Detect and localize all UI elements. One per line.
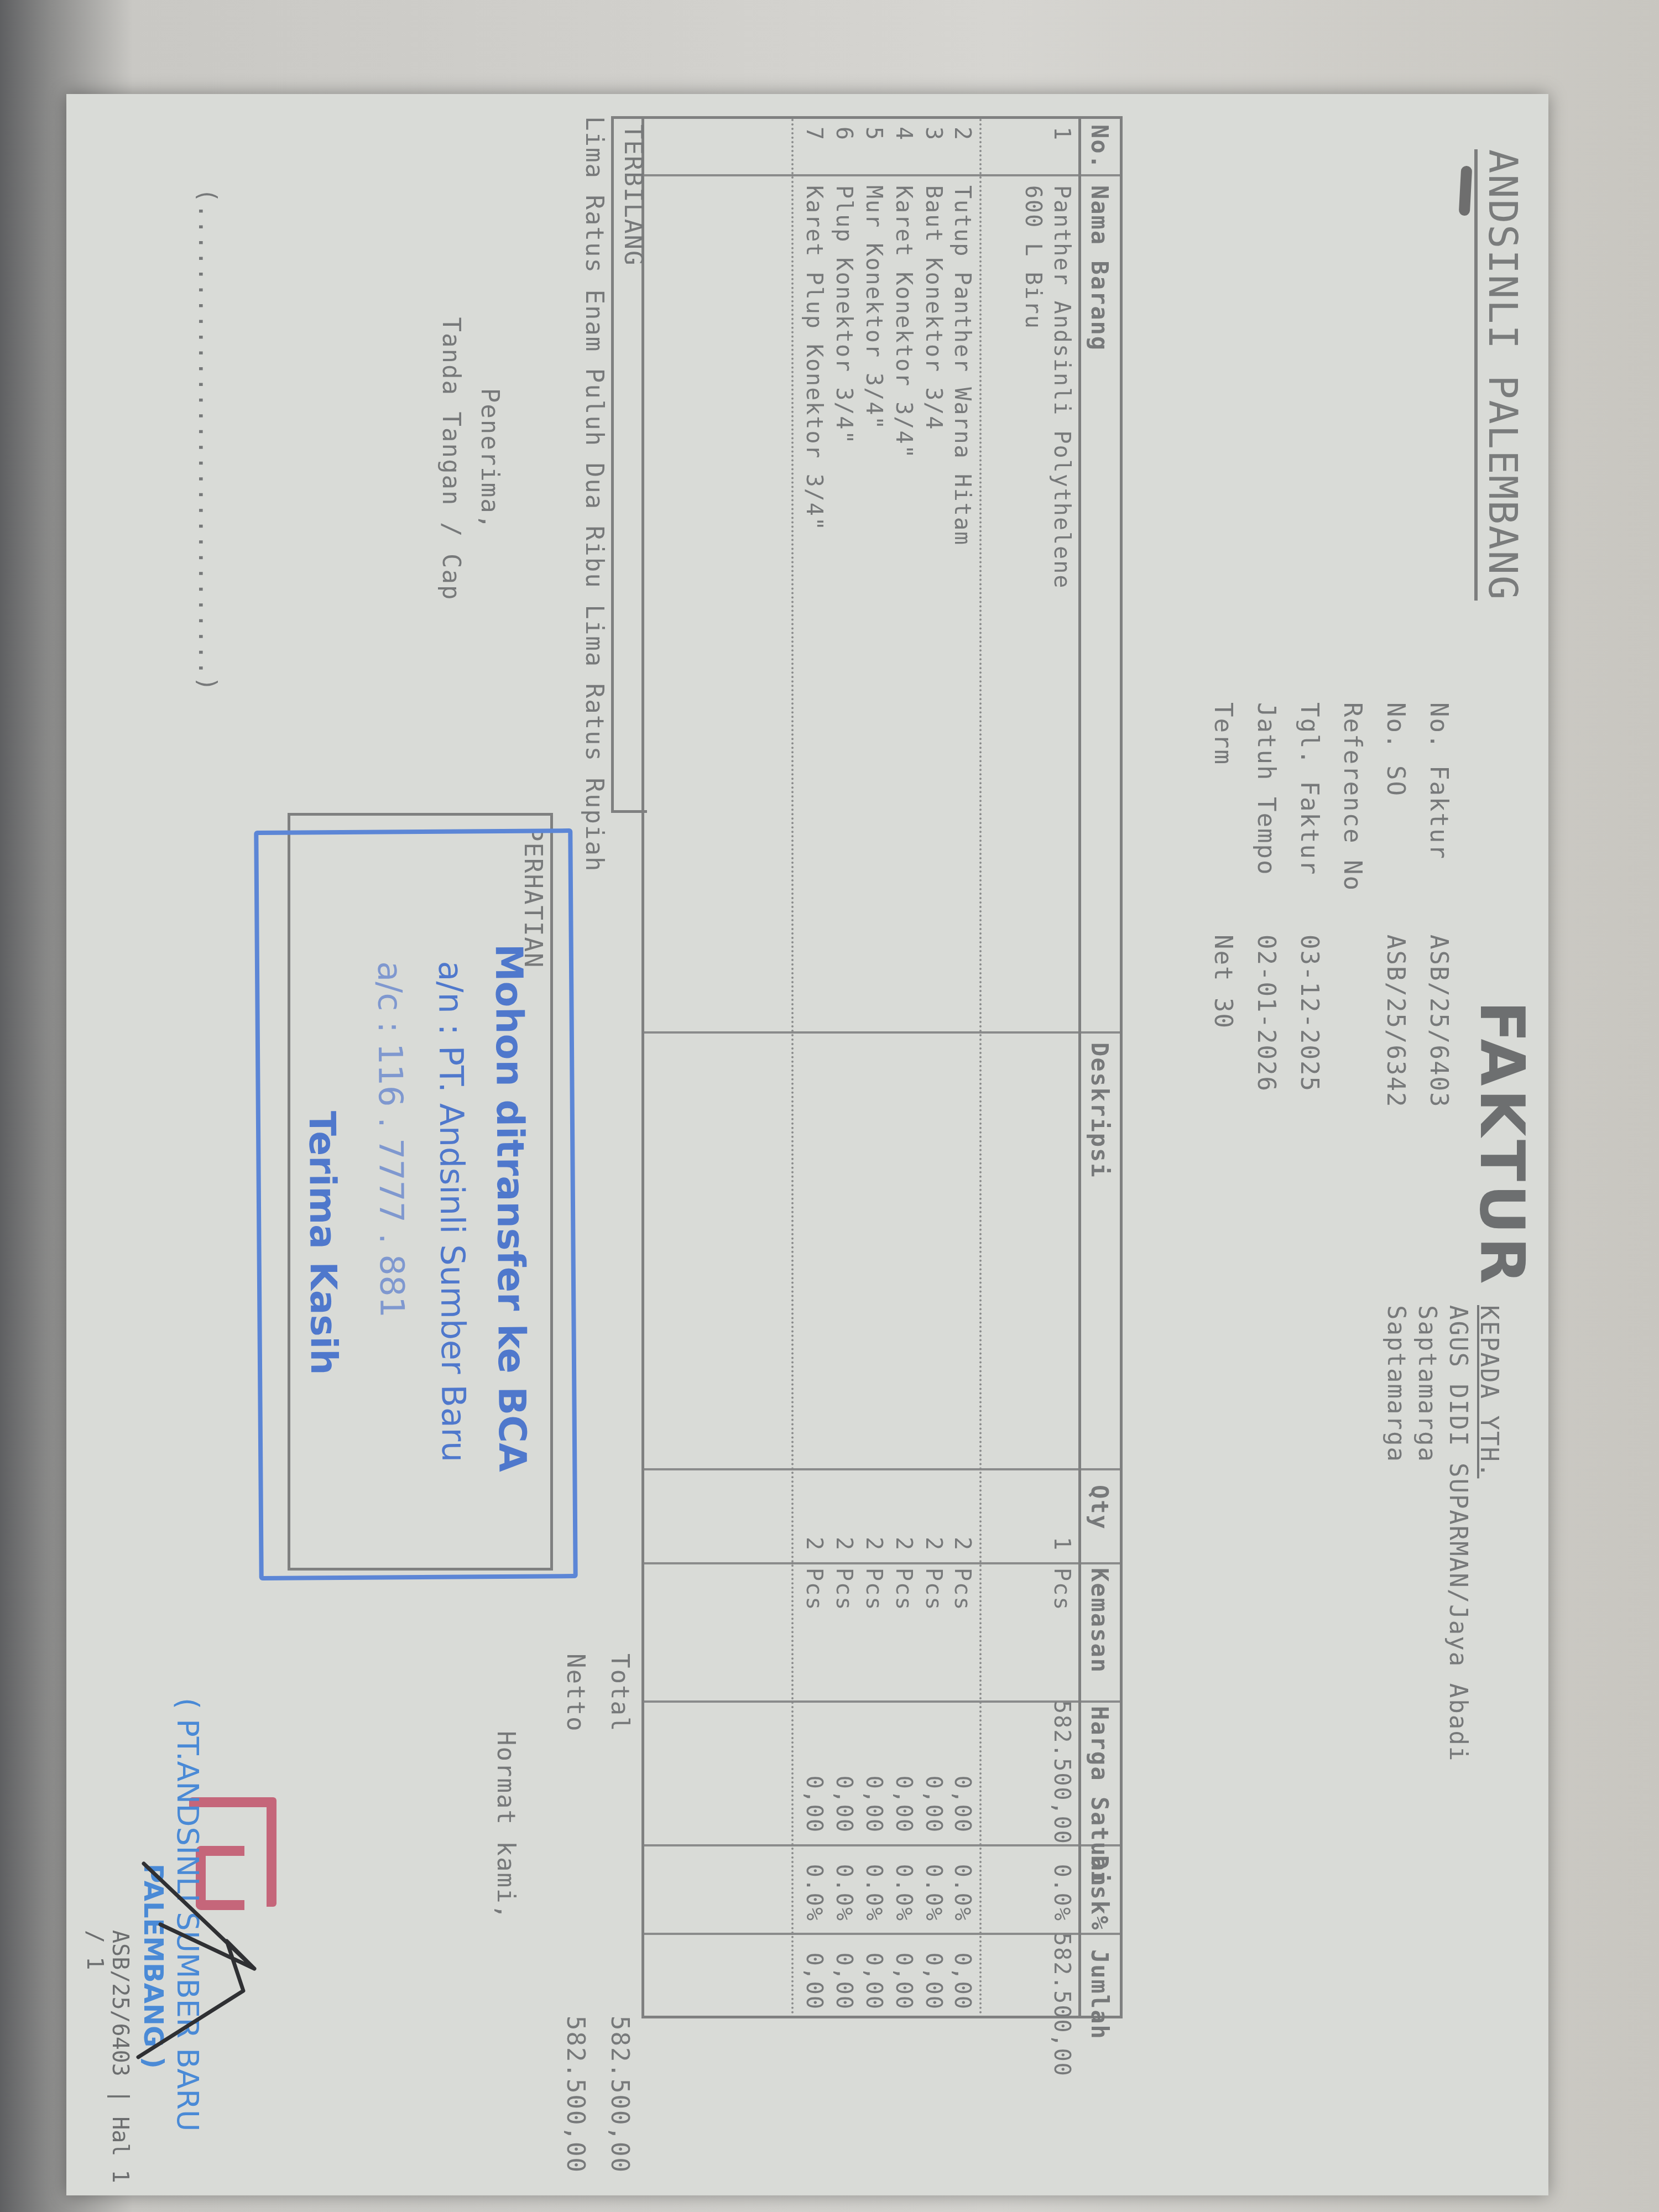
cell-qty: 2 bbox=[950, 1474, 975, 1551]
table-row: 1 Panther Andsinli Polythelene 600 L Bir… bbox=[1025, 119, 1074, 2016]
cell-nama-line2: 600 L Biru bbox=[1020, 185, 1046, 330]
cell-kemasan: Pcs bbox=[861, 1568, 886, 1611]
document-title: FAKTUR bbox=[1467, 1001, 1537, 1287]
cell-no: 1 bbox=[1049, 127, 1074, 141]
cell-kemasan: Pcs bbox=[950, 1568, 975, 1611]
cell-nama: Baut Konektor 3/4 bbox=[921, 185, 946, 430]
stamp-line-transfer: Mohon ditransfer ke BCA bbox=[487, 944, 534, 1472]
row-separator bbox=[791, 119, 794, 2016]
cell-harga: 0,00 bbox=[861, 1700, 886, 1833]
cell-nama: Plup Konektor 3/4" bbox=[831, 185, 857, 445]
cell-nama: Mur Konektor 3/4" bbox=[861, 185, 886, 430]
cell-disk: 0.0% bbox=[831, 1844, 857, 1922]
invoice-paper: ANDSINLI PALEMBANG FAKTUR No. Faktur ASB… bbox=[66, 94, 1548, 2195]
recipient-block: KEPADA YTH. AGUS DIDI SUPARMAN/Jaya Abad… bbox=[1380, 1305, 1504, 1762]
cell-jumlah: 0,00 bbox=[831, 1933, 857, 2010]
recipient-address-1: Saptamarga bbox=[1411, 1305, 1442, 1762]
header-qty: Qty bbox=[1086, 1485, 1113, 1530]
sender-label: Hormat kami, bbox=[492, 1731, 520, 1920]
total-row: Total 582.500,00 bbox=[597, 1653, 641, 2107]
cell-jumlah: 0,00 bbox=[950, 1933, 975, 2010]
meta-value: ASB/25/6342 bbox=[1374, 935, 1417, 1108]
receiver-signature-line: (..............................) bbox=[193, 188, 221, 692]
recipient-name: AGUS DIDI SUPARMAN/Jaya Abadi bbox=[1442, 1305, 1473, 1762]
meta-row-reference: Reference No bbox=[1331, 702, 1374, 1108]
cell-harga: 582.500,00 bbox=[1049, 1700, 1074, 1833]
netto-label: Netto bbox=[553, 1653, 597, 1732]
items-table: No. Nama Barang Deskripsi Qty Kemasan Ha… bbox=[641, 116, 1123, 2018]
cell-qty: 2 bbox=[801, 1474, 827, 1551]
cell-jumlah: 0,00 bbox=[921, 1933, 946, 2010]
receiver-label: Penerima, bbox=[470, 315, 509, 603]
meta-value: ASB/25/6403 bbox=[1417, 935, 1460, 1108]
totals-block: Total 582.500,00 Netto 582.500,00 bbox=[553, 1653, 641, 2107]
meta-label: Jatuh Tempo bbox=[1244, 702, 1287, 935]
recipient-address-2: Saptamarga bbox=[1380, 1305, 1411, 1762]
cell-no: 2 bbox=[950, 127, 975, 141]
header-no: No. bbox=[1086, 124, 1113, 170]
cell-no: 7 bbox=[801, 127, 827, 141]
netto-row: Netto 582.500,00 bbox=[553, 1653, 597, 2107]
pen-mark bbox=[1459, 166, 1473, 216]
table-row: 7 Karet Plup Konektor 3/4" 2 Pcs 0,00 0.… bbox=[777, 119, 827, 2016]
meta-row-no-so: No. SO ASB/25/6342 bbox=[1374, 702, 1417, 1108]
cell-no: 3 bbox=[921, 127, 946, 141]
header-jumlah: Jumlah bbox=[1086, 1949, 1113, 2040]
header-nama-barang: Nama Barang bbox=[1086, 185, 1113, 351]
cell-qty: 2 bbox=[921, 1474, 946, 1551]
meta-label: Tgl. Faktur bbox=[1287, 702, 1331, 935]
cell-disk: 0.0% bbox=[1049, 1844, 1074, 1922]
netto-value: 582.500,00 bbox=[553, 2016, 597, 2173]
cell-kemasan: Pcs bbox=[921, 1568, 946, 1611]
header-disk: Disk% bbox=[1086, 1855, 1113, 1931]
cell-disk: 0.0% bbox=[801, 1844, 827, 1922]
meta-label: Term bbox=[1201, 702, 1244, 935]
cell-no: 5 bbox=[861, 127, 886, 141]
meta-label: Reference No bbox=[1331, 702, 1374, 935]
total-label: Total bbox=[597, 1653, 641, 1732]
cell-jumlah: 0,00 bbox=[801, 1933, 827, 2010]
cell-no: 6 bbox=[831, 127, 857, 141]
meta-row-tgl-faktur: Tgl. Faktur 03-12-2025 bbox=[1287, 702, 1331, 1108]
cell-jumlah: 582.500,00 bbox=[1049, 1933, 1074, 2010]
cell-harga: 0,00 bbox=[921, 1700, 946, 1833]
stamp-line-account-number: a/c : 116 . 7777 . 881 bbox=[370, 961, 411, 1318]
cell-no: 4 bbox=[891, 127, 916, 141]
cell-nama: Karet Plup Konektor 3/4" bbox=[801, 185, 827, 531]
table-header: No. Nama Barang Deskripsi Qty Kemasan Ha… bbox=[1078, 119, 1120, 2016]
invoice-meta: No. Faktur ASB/25/6403 No. SO ASB/25/634… bbox=[1201, 702, 1460, 1108]
cell-qty: 2 bbox=[891, 1474, 916, 1551]
terbilang-text: Lima Ratus Enam Puluh Dua Ribu Lima Ratu… bbox=[580, 116, 608, 873]
cell-nama: Karet Konektor 3/4" bbox=[891, 185, 916, 460]
receiver-block: Penerima, Tanda Tangan / Cap bbox=[431, 315, 509, 603]
cell-kemasan: Pcs bbox=[891, 1568, 916, 1611]
cell-disk: 0.0% bbox=[891, 1844, 916, 1922]
meta-row-jatuh-tempo: Jatuh Tempo 02-01-2026 bbox=[1244, 702, 1287, 1108]
invoice-photo: ANDSINLI PALEMBANG FAKTUR No. Faktur ASB… bbox=[66, 94, 1548, 2195]
cell-disk: 0.0% bbox=[921, 1844, 946, 1922]
terbilang-label: TERBILANG bbox=[619, 124, 647, 266]
meta-row-no-faktur: No. Faktur ASB/25/6403 bbox=[1417, 702, 1460, 1108]
stamp-line-account-name: a/n : PT. Andsinli Sumber Baru bbox=[431, 961, 473, 1462]
header-kemasan: Kemasan bbox=[1086, 1568, 1113, 1673]
meta-row-term: Term Net 30 bbox=[1201, 702, 1244, 1108]
meta-value: Net 30 bbox=[1201, 935, 1244, 1029]
meta-label: No. Faktur bbox=[1417, 702, 1460, 935]
signature-icon bbox=[133, 1847, 276, 2079]
meta-value: 02-01-2026 bbox=[1244, 935, 1287, 1092]
cell-qty: 2 bbox=[861, 1474, 886, 1551]
receiver-sublabel: Tanda Tangan / Cap bbox=[431, 315, 470, 603]
cell-qty: 2 bbox=[831, 1474, 857, 1551]
stamp-line-thanks: Terima Kasih bbox=[301, 1111, 345, 1375]
cell-qty: 1 bbox=[1049, 1474, 1074, 1551]
cell-nama: Panther Andsinli Polythelene bbox=[1049, 185, 1074, 589]
cell-harga: 0,00 bbox=[801, 1700, 827, 1833]
cell-disk: 0.0% bbox=[861, 1844, 886, 1922]
terbilang-box: TERBILANG bbox=[611, 116, 647, 813]
meta-label: No. SO bbox=[1374, 702, 1417, 935]
cell-kemasan: Pcs bbox=[801, 1568, 827, 1611]
recipient-heading: KEPADA YTH. bbox=[1473, 1305, 1504, 1762]
total-value: 582.500,00 bbox=[597, 2016, 641, 2173]
cell-jumlah: 0,00 bbox=[891, 1933, 916, 2010]
cell-jumlah: 0,00 bbox=[861, 1933, 886, 2010]
cell-harga: 0,00 bbox=[831, 1700, 857, 1833]
header-deskripsi: Deskripsi bbox=[1086, 1042, 1113, 1178]
page-reference: ASB/25/6403 | Hal 1 / 1 bbox=[82, 1930, 133, 2195]
cell-disk: 0.0% bbox=[950, 1844, 975, 1922]
row-separator bbox=[979, 119, 982, 2016]
bank-transfer-stamp: Mohon ditransfer ke BCA a/n : PT. Andsin… bbox=[254, 828, 577, 1580]
company-header: ANDSINLI PALEMBANG bbox=[1474, 149, 1526, 601]
cell-kemasan: Pcs bbox=[1049, 1568, 1074, 1611]
cell-harga: 0,00 bbox=[950, 1700, 975, 1833]
cell-harga: 0,00 bbox=[891, 1700, 916, 1833]
cell-nama: Tutup Panther Warna Hitam bbox=[950, 185, 975, 546]
meta-value: 03-12-2025 bbox=[1287, 935, 1331, 1092]
cell-kemasan: Pcs bbox=[831, 1568, 857, 1611]
